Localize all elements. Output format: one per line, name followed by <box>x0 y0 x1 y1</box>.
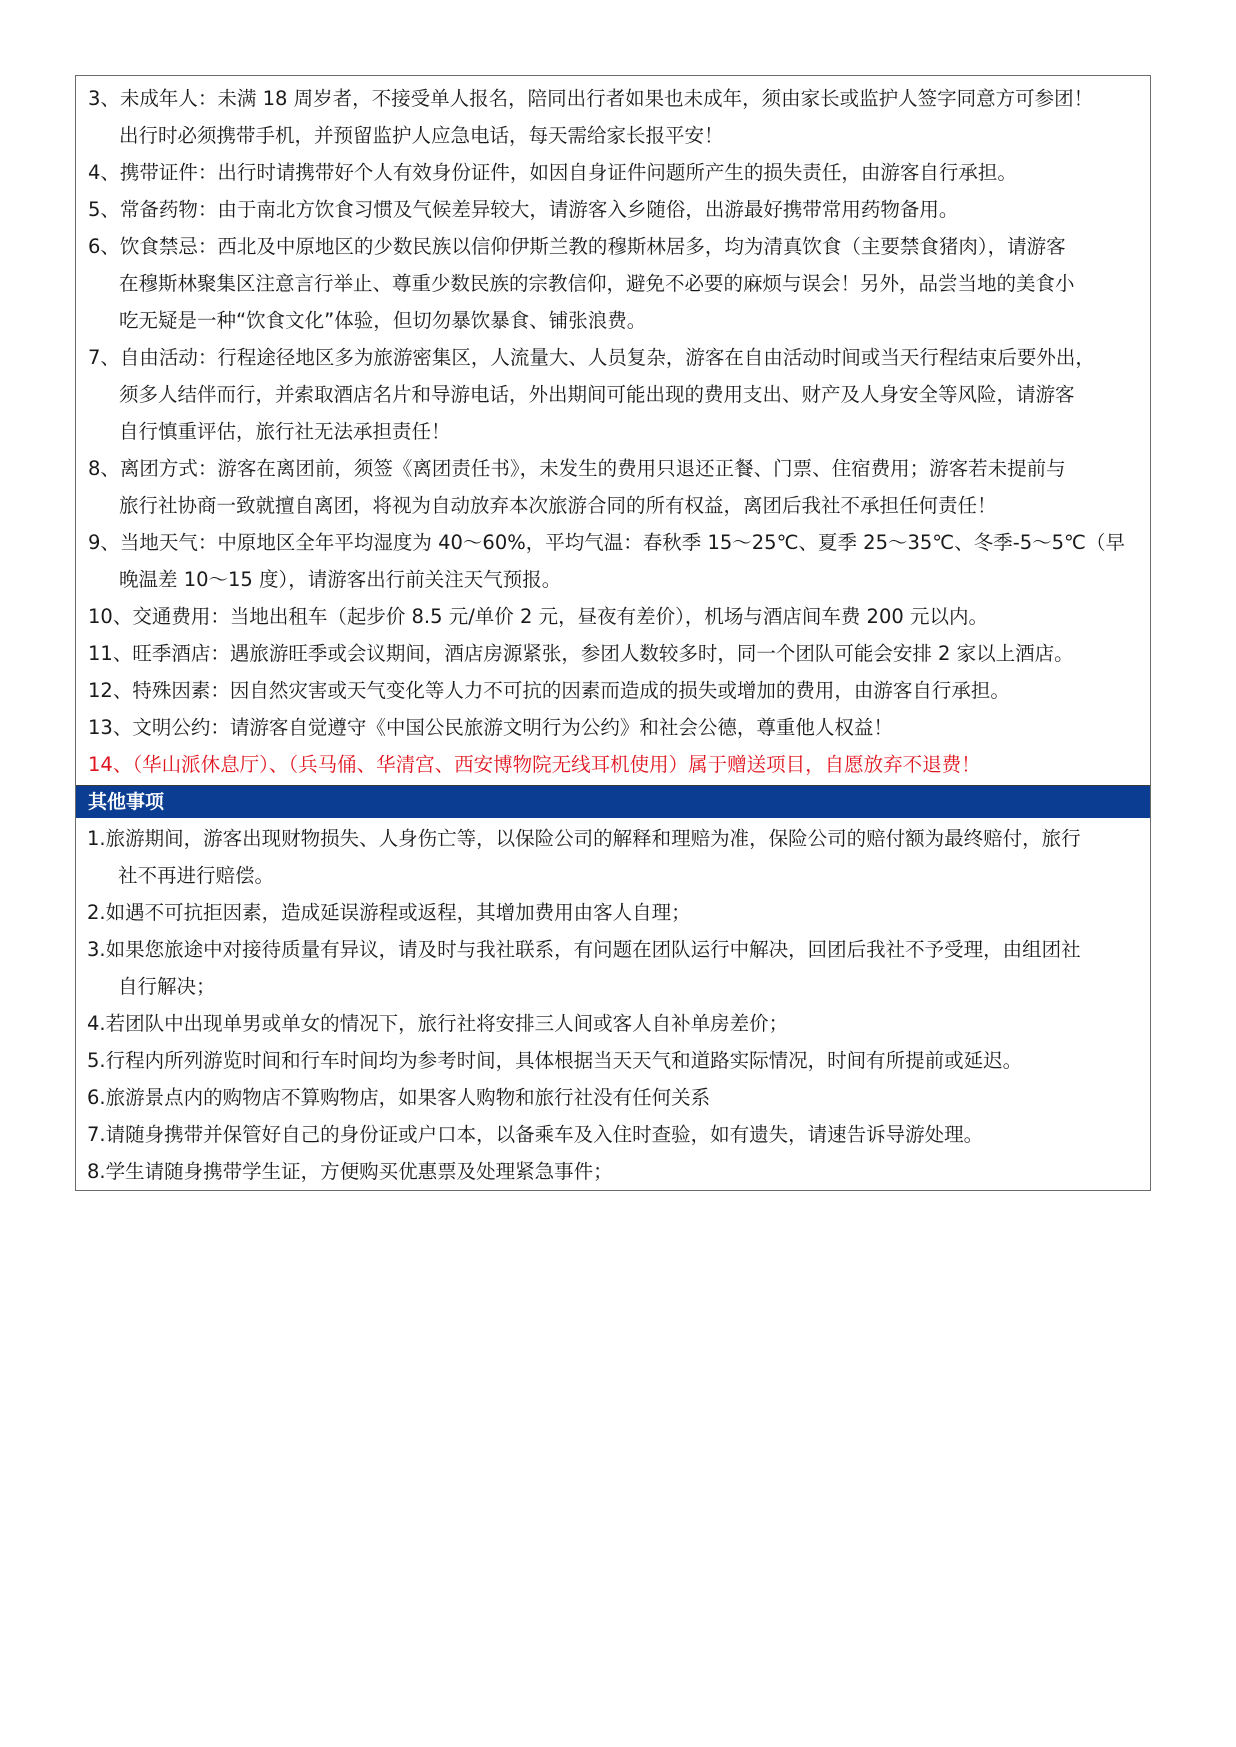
other-item-delays: 2.如遇不可抗拒因素，造成延误游程或返程，其增加费用由客人自理； <box>76 894 1150 931</box>
note-line: 6、饮食禁忌：西北及中原地区的少数民族以信仰伊斯兰教的穆斯林居多，均为清真饮食（… <box>88 228 1140 265</box>
note-item-leaving-group: 8、离团方式：游客在离团前，须签《离团责任书》，未发生的费用只退还正餐、门票、住… <box>76 450 1150 524</box>
note-line: 10、交通费用：当地出租车（起步价 8.5 元/单价 2 元，昼夜有差价），机场… <box>88 598 1140 635</box>
note-line: 8、离团方式：游客在离团前，须签《离团责任书》，未发生的费用只退还正餐、门票、住… <box>88 450 1140 487</box>
note-line: 13、文明公约：请游客自觉遵守《中国公民旅游文明行为公约》和社会公德，尊重他人权… <box>88 709 1140 746</box>
other-line: 3.如果您旅途中对接待质量有异议，请及时与我社联系，有问题在团队运行中解决，回团… <box>87 931 1140 968</box>
note-line: 11、旺季酒店：遇旅游旺季或会议期间，酒店房源紧张，参团人数较多时，同一个团队可… <box>88 635 1140 672</box>
other-item-shopping: 6.旅游景点内的购物店不算购物店，如果客人购物和旅行社没有任何关系 <box>76 1079 1150 1116</box>
other-matters-section: 1.旅游期间，游客出现财物损失、人身伤亡等，以保险公司的解释和理赔为准，保险公司… <box>76 818 1150 1190</box>
note-item-civility: 13、文明公约：请游客自觉遵守《中国公民旅游文明行为公约》和社会公德，尊重他人权… <box>76 709 1150 746</box>
note-line: 吃无疑是一种“饮食文化”体验，但切勿暴饮暴食、铺张浪费。 <box>88 302 1140 339</box>
travel-notes-document: 3、未成年人：未满 18 周岁者，不接受单人报名，陪同出行者如果也未成年，须由家… <box>75 75 1151 1191</box>
section-header-other-matters: 其他事项 <box>76 785 1150 818</box>
other-item-id-safekeeping: 7.请随身携带并保管好自己的身份证或户口本，以备乘车及入住时查验，如有遗失，请速… <box>76 1116 1150 1153</box>
other-line: 7.请随身携带并保管好自己的身份证或户口本，以备乘车及入住时查验，如有遗失，请速… <box>87 1116 1140 1153</box>
note-line: 晚温差 10～15 度），请游客出行前关注天气预报。 <box>88 561 1140 598</box>
note-line: 9、当地天气：中原地区全年平均湿度为 40～60%，平均气温：春秋季 15～25… <box>88 524 1140 561</box>
other-line: 1.旅游期间，游客出现财物损失、人身伤亡等，以保险公司的解释和理赔为准，保险公司… <box>87 820 1140 857</box>
note-line: 3、未成年人：未满 18 周岁者，不接受单人报名，陪同出行者如果也未成年，须由家… <box>88 80 1140 117</box>
other-item-insurance: 1.旅游期间，游客出现财物损失、人身伤亡等，以保险公司的解释和理赔为准，保险公司… <box>76 820 1150 894</box>
note-line: 7、自由活动：行程途径地区多为旅游密集区，人流量大、人员复杂，游客在自由活动时间… <box>88 339 1140 376</box>
note-line: 14、（华山派休息厅）、（兵马俑、华清宫、西安博物院无线耳机使用）属于赠送项目，… <box>88 746 1140 783</box>
note-item-minors: 3、未成年人：未满 18 周岁者，不接受单人报名，陪同出行者如果也未成年，须由家… <box>76 80 1150 154</box>
other-line: 8.学生请随身携带学生证，方便购买优惠票及处理紧急事件； <box>87 1153 1140 1190</box>
other-item-complaints: 3.如果您旅途中对接待质量有异议，请及时与我社联系，有问题在团队运行中解决，回团… <box>76 931 1150 1005</box>
note-line: 须多人结伴而行，并索取酒店名片和导游电话，外出期间可能出现的费用支出、财产及人身… <box>88 376 1140 413</box>
note-item-peak-hotels: 11、旺季酒店：遇旅游旺季或会议期间，酒店房源紧张，参团人数较多时，同一个团队可… <box>76 635 1150 672</box>
note-line: 出行时必须携带手机，并预留监护人应急电话，每天需给家长报平安！ <box>88 117 1140 154</box>
other-item-single-room: 4.若团队中出现单男或单女的情况下，旅行社将安排三人间或客人自补单房差价； <box>76 1005 1150 1042</box>
note-item-medicine: 5、常备药物：由于南北方饮食习惯及气候差异较大，请游客入乡随俗，出游最好携带常用… <box>76 191 1150 228</box>
other-line: 5.行程内所列游览时间和行车时间均为参考时间，具体根据当天天气和道路实际情况，时… <box>87 1042 1140 1079</box>
note-item-free-activity: 7、自由活动：行程途径地区多为旅游密集区，人流量大、人员复杂，游客在自由活动时间… <box>76 339 1150 450</box>
note-line: 自行慎重评估，旅行社无法承担责任！ <box>88 413 1140 450</box>
note-line: 在穆斯林聚集区注意言行举止、尊重少数民族的宗教信仰，避免不必要的麻烦与误会！另外… <box>88 265 1140 302</box>
other-line: 2.如遇不可抗拒因素，造成延误游程或返程，其增加费用由客人自理； <box>87 894 1140 931</box>
note-line: 5、常备药物：由于南北方饮食习惯及气候差异较大，请游客入乡随俗，出游最好携带常用… <box>88 191 1140 228</box>
note-line: 12、特殊因素：因自然灾害或天气变化等人力不可抗的因素而造成的损失或增加的费用，… <box>88 672 1140 709</box>
note-line: 旅行社协商一致就擅自离团，将视为自动放弃本次旅游合同的所有权益，离团后我社不承担… <box>88 487 1140 524</box>
other-line: 社不再进行赔偿。 <box>87 857 1140 894</box>
note-item-id-documents: 4、携带证件：出行时请携带好个人有效身份证件，如因自身证件问题所产生的损失责任，… <box>76 154 1150 191</box>
note-item-diet: 6、饮食禁忌：西北及中原地区的少数民族以信仰伊斯兰教的穆斯林居多，均为清真饮食（… <box>76 228 1150 339</box>
note-item-complimentary-highlight: 14、（华山派休息厅）、（兵马俑、华清宫、西安博物院无线耳机使用）属于赠送项目，… <box>76 746 1150 783</box>
note-item-weather: 9、当地天气：中原地区全年平均湿度为 40～60%，平均气温：春秋季 15～25… <box>76 524 1150 598</box>
other-item-student-id: 8.学生请随身携带学生证，方便购买优惠票及处理紧急事件； <box>76 1153 1150 1190</box>
other-line: 4.若团队中出现单男或单女的情况下，旅行社将安排三人间或客人自补单房差价； <box>87 1005 1140 1042</box>
other-line: 自行解决； <box>87 968 1140 1005</box>
note-item-force-majeure: 12、特殊因素：因自然灾害或天气变化等人力不可抗的因素而造成的损失或增加的费用，… <box>76 672 1150 709</box>
other-item-schedule-times: 5.行程内所列游览时间和行车时间均为参考时间，具体根据当天天气和道路实际情况，时… <box>76 1042 1150 1079</box>
note-line: 4、携带证件：出行时请携带好个人有效身份证件，如因自身证件问题所产生的损失责任，… <box>88 154 1140 191</box>
notes-section: 3、未成年人：未满 18 周岁者，不接受单人报名，陪同出行者如果也未成年，须由家… <box>76 76 1150 785</box>
other-line: 6.旅游景点内的购物店不算购物店，如果客人购物和旅行社没有任何关系 <box>87 1079 1140 1116</box>
note-item-transport-fees: 10、交通费用：当地出租车（起步价 8.5 元/单价 2 元，昼夜有差价），机场… <box>76 598 1150 635</box>
